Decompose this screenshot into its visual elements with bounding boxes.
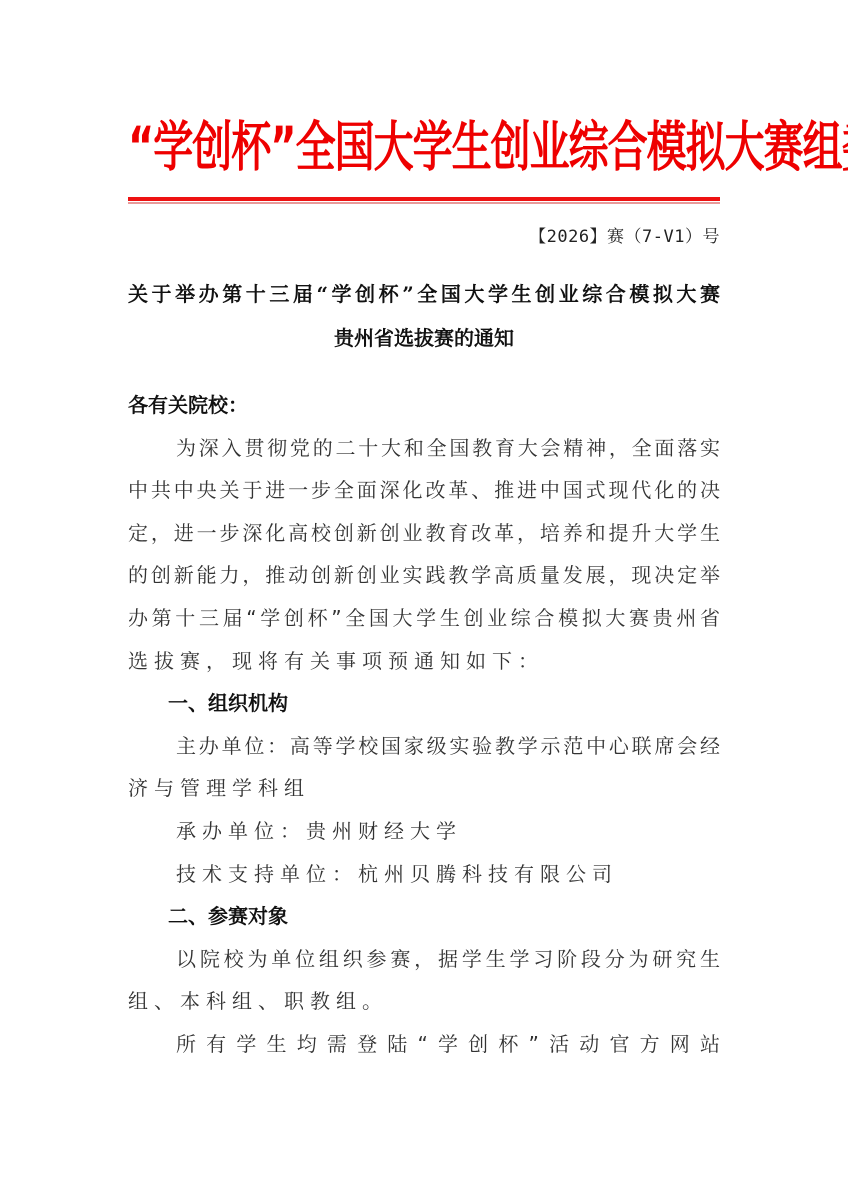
- registration-line-1: 所有学生均需登陆“学创杯”活动官方网站: [128, 1023, 720, 1066]
- intro-line-3: 定，进一步深化高校创新创业教育改革，培养和提升大学生: [128, 512, 720, 555]
- participants-line-1: 以院校为单位组织参赛，据学生学习阶段分为研究生: [128, 938, 720, 981]
- title-line-2: 贵州省选拔赛的通知: [128, 316, 720, 360]
- red-letterhead-title: “学创杯”全国大学生创业综合模拟大赛组委会: [128, 105, 720, 191]
- intro-line-2: 中共中央关于进一步全面深化改革、推进中国式现代化的决: [128, 469, 720, 512]
- intro-line-4: 的创新能力，推动创新创业实践教学高质量发展，现决定举: [128, 554, 720, 597]
- document-title: 关于举办第十三届“学创杯”全国大学生创业综合模拟大赛 贵州省选拔赛的通知: [128, 272, 720, 360]
- intro-line-1: 为深入贯彻党的二十大和全国教育大会精神，全面落实: [128, 427, 720, 470]
- title-line-1: 关于举办第十三届“学创杯”全国大学生创业综合模拟大赛: [128, 272, 720, 316]
- document-body: 各有关院校： 为深入贯彻党的二十大和全国教育大会精神，全面落实 中共中央关于进一…: [128, 384, 720, 1066]
- participants-line-2: 组、本科组、职教组。: [128, 980, 720, 1023]
- red-rule-thick: [128, 197, 720, 201]
- document-page: “学创杯”全国大学生创业综合模拟大赛组委会 【2026】赛（7-V1）号 关于举…: [0, 0, 848, 1200]
- organizer-line-2: 济与管理学科组: [128, 767, 720, 810]
- intro-line-5: 办第十三届“学创杯”全国大学生创业综合模拟大赛贵州省: [128, 597, 720, 640]
- tech-support-unit: 技术支持单位：杭州贝腾科技有限公司: [128, 853, 720, 896]
- salutation: 各有关院校：: [128, 384, 720, 427]
- intro-line-6: 选拔赛，现将有关事项预通知如下：: [128, 640, 720, 683]
- red-rule-thin: [128, 202, 720, 204]
- organizer-line-1: 主办单位：高等学校国家级实验教学示范中心联席会经: [128, 725, 720, 768]
- host-unit: 承办单位：贵州财经大学: [128, 810, 720, 853]
- section-heading-participants: 二、参赛对象: [128, 895, 720, 938]
- document-number: 【2026】赛（7-V1）号: [529, 222, 720, 252]
- section-heading-organization: 一、组织机构: [128, 682, 720, 725]
